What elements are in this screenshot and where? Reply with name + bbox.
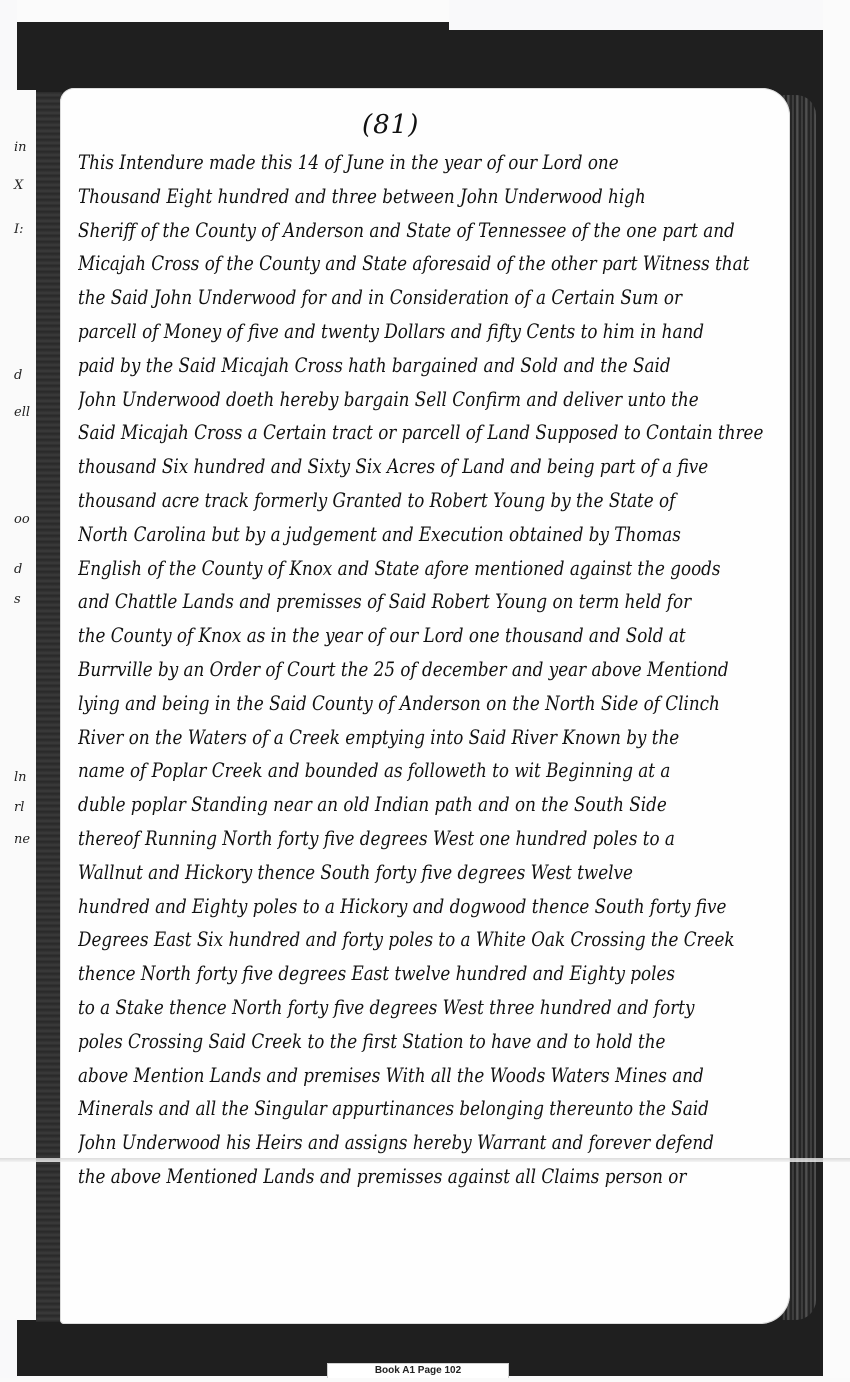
text-line: Burrville by an Order of Court the 25 of…	[78, 653, 783, 687]
margin-fragment: X	[14, 178, 23, 193]
page-number-marker: (81)	[362, 110, 419, 140]
text-line: John Underwood doeth hereby bargain Sell…	[78, 383, 783, 417]
text-line: poles Crossing Said Creek to the first S…	[78, 1025, 783, 1059]
text-line: English of the County of Knox and State …	[78, 552, 783, 586]
text-line: North Carolina but by a judgement and Ex…	[78, 518, 783, 552]
margin-fragment: oo	[14, 512, 30, 527]
margin-fragment: in	[14, 140, 27, 155]
text-line: name of Poplar Creek and bounded as foll…	[78, 754, 783, 788]
text-line: Degrees East Six hundred and forty poles…	[78, 923, 783, 957]
text-line: thousand Six hundred and Sixty Six Acres…	[78, 450, 783, 484]
book-binding-left	[36, 92, 62, 1322]
margin-fragment: ell	[14, 405, 30, 420]
deed-text: This Intendure made this 14 of June in t…	[78, 146, 783, 1194]
text-line: lying and being in the Said County of An…	[78, 687, 783, 721]
margin-fragment: d	[14, 562, 22, 577]
margin-fragment: rl	[14, 800, 24, 815]
text-line: above Mention Lands and premises With al…	[78, 1059, 783, 1093]
margin-fragment: ne	[14, 832, 30, 847]
adjacent-page-strip: in X I: d ell oo d s ln rl ne	[0, 90, 36, 1320]
text-line: Said Micajah Cross a Certain tract or pa…	[78, 416, 783, 450]
margin-fragment: d	[14, 368, 22, 383]
text-line: the County of Knox as in the year of our…	[78, 619, 783, 653]
scan-right-margin	[823, 0, 850, 1382]
text-line: River on the Waters of a Creek emptying …	[78, 721, 783, 755]
text-line: the Said John Underwood for and in Consi…	[78, 281, 783, 315]
text-line: Sheriff of the County of Anderson and St…	[78, 214, 783, 248]
text-line: duble poplar Standing near an old Indian…	[78, 788, 783, 822]
text-line: John Underwood his Heirs and assigns her…	[78, 1126, 783, 1160]
book-page-label: Book A1 Page 102	[327, 1363, 509, 1379]
margin-fragment: I:	[14, 222, 24, 237]
text-line: to a Stake thence North forty five degre…	[78, 991, 783, 1025]
text-line: paid by the Said Micajah Cross hath barg…	[78, 349, 783, 383]
text-line: and Chattle Lands and premisses of Said …	[78, 585, 783, 619]
margin-fragment: ln	[14, 770, 27, 785]
scan-bottom-margin	[0, 1378, 850, 1382]
text-line: thousand acre track formerly Granted to …	[78, 484, 783, 518]
text-line: Micajah Cross of the County and State af…	[78, 247, 783, 281]
text-line: Thousand Eight hundred and three between…	[78, 180, 783, 214]
text-line: thereof Running North forty five degrees…	[78, 822, 783, 856]
text-line: the above Mentioned Lands and premisses …	[78, 1160, 783, 1194]
text-line: This Intendure made this 14 of June in t…	[78, 146, 783, 180]
scanner-frame-notch	[17, 22, 449, 34]
scan-seam-line	[0, 1158, 850, 1162]
text-line: hundred and Eighty poles to a Hickory an…	[78, 890, 783, 924]
text-line: Minerals and all the Singular appurtinan…	[78, 1092, 783, 1126]
text-line: parcell of Money of five and twenty Doll…	[78, 315, 783, 349]
text-line: thence North forty five degrees East twe…	[78, 957, 783, 991]
margin-fragment: s	[14, 592, 21, 607]
text-line: Wallnut and Hickory thence South forty f…	[78, 856, 783, 890]
